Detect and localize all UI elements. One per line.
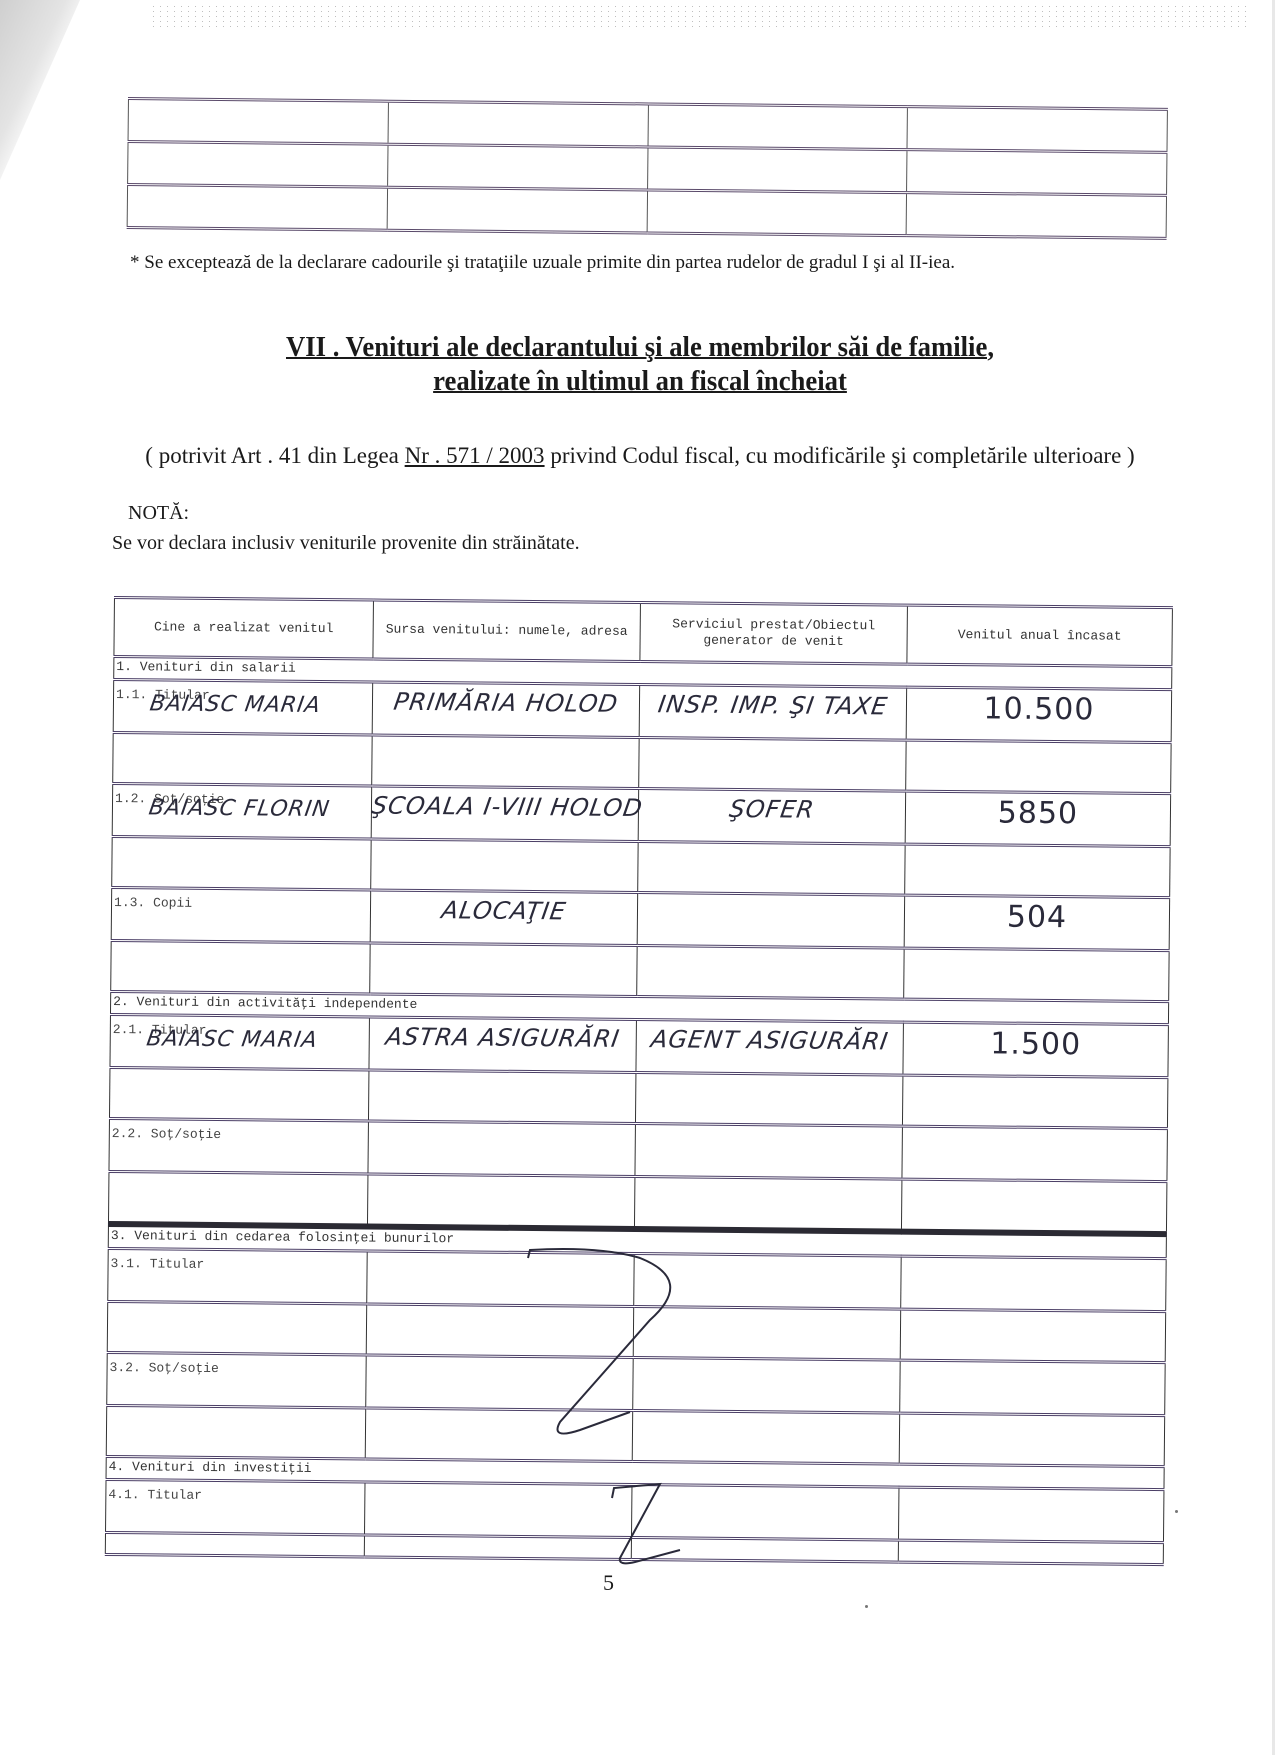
table-cell — [128, 142, 388, 188]
source-cell: ŞCOALA I-VIII HOLOD — [371, 786, 638, 842]
source-cell: ASTRA ASIGURĂRI — [369, 1017, 636, 1073]
handwritten-who: BAIASC FLORIN — [147, 795, 373, 822]
table-cell — [388, 101, 648, 147]
amount-cell — [902, 1126, 1167, 1182]
table-cell — [370, 943, 637, 997]
service-cell — [635, 1124, 902, 1180]
handwritten-service: INSP. IMP. ŞI TAXE — [638, 690, 908, 721]
table-cell — [647, 147, 907, 193]
table-cell — [631, 1538, 898, 1563]
table-cell — [648, 104, 908, 150]
table-cell — [105, 1532, 364, 1556]
table-cell — [635, 1073, 902, 1127]
page-number: 5 — [603, 1570, 614, 1596]
table-row: 2.1. TitularBAIASC MARIA ASTRA ASIGURĂRI… — [110, 1014, 1168, 1077]
handwritten-source: ALOCAŢIE — [369, 896, 639, 927]
amount-cell: 5850 — [905, 791, 1170, 847]
section-title: VII . Venituri ale declarantului şi ale … — [189, 330, 1091, 398]
section-title-line1: VII . Venituri ale declarantului şi ale … — [286, 331, 994, 363]
table-cell — [907, 107, 1167, 153]
scan-noise-strip — [150, 4, 1250, 30]
handwritten-amount: 1.500 — [904, 1026, 1168, 1064]
source-cell: PRIMĂRIA HOLOD — [372, 682, 639, 738]
who-cell: 3.2. Soţ/soţie — [107, 1352, 366, 1407]
table-cell — [113, 732, 372, 785]
table-cell — [900, 1309, 1165, 1363]
table-cell — [108, 1171, 367, 1226]
table-cell — [387, 187, 647, 233]
header-amount: Venitul anual încasat — [907, 605, 1173, 667]
table-row: 2.2. Soţ/soţie — [109, 1118, 1167, 1181]
gifts-footnote: * Se exceptează de la declarare cadouril… — [130, 252, 1170, 274]
row-label: 3.1. Titular — [111, 1256, 205, 1272]
handwritten-source: ASTRA ASIGURĂRI — [368, 1022, 638, 1053]
service-cell — [634, 1254, 901, 1310]
row-label: 1.3. Copii — [114, 895, 192, 911]
table-cell — [905, 844, 1170, 898]
table-cell — [372, 735, 639, 789]
table-cell — [904, 948, 1169, 1002]
who-cell: 1.2. Soţ/soţieBAIASC FLORIN — [112, 783, 371, 838]
table-cell — [387, 144, 647, 190]
handwritten-service: ŞOFER — [637, 794, 907, 825]
table-cell — [632, 1411, 899, 1465]
table-cell — [128, 99, 388, 145]
table-cell — [109, 1067, 368, 1120]
who-cell: 4.1. Titular — [106, 1479, 365, 1534]
who-cell: 1.1. TitularBAIASC MARIA — [113, 680, 372, 735]
table-row: 1.1. TitularBAIASC MARIA PRIMĂRIA HOLOD … — [113, 680, 1171, 743]
handwritten-source: PRIMĂRIA HOLOD — [371, 688, 641, 719]
table-cell — [639, 738, 906, 792]
header-service: Serviciul prestat/Obiectul generator de … — [640, 603, 908, 665]
who-cell: 2.1. TitularBAIASC MARIA — [110, 1014, 369, 1069]
legal-suffix: privind Codul fiscal, cu modificările şi… — [545, 443, 1135, 468]
service-cell: INSP. IMP. ŞI TAXE — [639, 685, 906, 741]
table-cell — [902, 1075, 1167, 1129]
table-row: 4.1. Titular — [106, 1479, 1164, 1542]
table-row: 3.1. Titular — [108, 1248, 1166, 1311]
handwritten-who: BAIASC MARIA — [148, 691, 374, 718]
table-cell — [365, 1408, 632, 1462]
table-cell — [638, 842, 905, 896]
income-table: Cine a realizat venitul Sursa venitului:… — [105, 596, 1173, 1566]
amount-cell: 1.500 — [903, 1022, 1168, 1078]
amount-cell: 10.500 — [906, 687, 1171, 743]
row-label: 2.2. Soţ/soţie — [112, 1126, 221, 1142]
amount-cell — [900, 1360, 1165, 1416]
service-cell — [637, 893, 904, 949]
table-cell — [127, 185, 387, 231]
table-row: 1.3. Copii ALOCAŢIE 504 — [111, 887, 1169, 950]
nota-label: NOTĂ: — [128, 502, 189, 525]
handwritten-amount: 504 — [905, 899, 1169, 937]
who-cell: 3.1. Titular — [108, 1248, 367, 1303]
previous-section-table — [127, 97, 1168, 240]
source-cell — [364, 1482, 631, 1538]
amount-cell: 504 — [904, 895, 1169, 951]
nota-text: Se vor declara inclusiv veniturile prove… — [112, 532, 580, 555]
table-cell — [111, 940, 370, 993]
amount-cell — [901, 1256, 1166, 1312]
table-cell — [106, 1405, 365, 1458]
amount-cell — [898, 1487, 1163, 1543]
service-cell — [631, 1485, 898, 1541]
table-cell — [367, 1174, 634, 1229]
source-cell — [367, 1251, 634, 1307]
handwritten-amount: 10.500 — [907, 691, 1171, 729]
table-cell — [901, 1179, 1166, 1234]
legal-reference: ( potrivit Art . 41 din Legea Nr . 571 /… — [130, 442, 1150, 470]
table-cell — [364, 1535, 631, 1560]
table-cell — [906, 193, 1166, 239]
scan-speck — [865, 1605, 868, 1608]
table-cell — [634, 1177, 901, 1232]
handwritten-source: ŞCOALA I-VIII HOLOD — [370, 792, 640, 823]
legal-prefix: ( potrivit Art . 41 din Legea — [145, 443, 404, 468]
table-cell — [637, 946, 904, 1000]
header-who: Cine a realizat venitul — [114, 598, 374, 659]
table-cell — [899, 1413, 1164, 1467]
service-cell — [633, 1358, 900, 1414]
service-cell: AGENT ASIGURĂRI — [636, 1020, 903, 1076]
scan-page-fold-shadow — [0, 0, 80, 180]
who-cell: 2.2. Soţ/soţie — [109, 1118, 368, 1173]
table-row: 1.2. Soţ/soţieBAIASC FLORIN ŞCOALA I-VII… — [112, 783, 1170, 846]
handwritten-service: AGENT ASIGURĂRI — [635, 1025, 905, 1056]
table-cell — [112, 836, 371, 889]
table-cell — [368, 1070, 635, 1124]
table-row: 3.2. Soţ/soţie — [107, 1352, 1165, 1415]
source-cell — [366, 1355, 633, 1411]
table-cell — [366, 1304, 633, 1358]
service-cell: ŞOFER — [638, 789, 905, 845]
section-title-line2: realizate în ultimul an fiscal încheiat — [433, 365, 847, 397]
table-cell — [633, 1307, 900, 1361]
table-header-row: Cine a realizat venitul Sursa venitului:… — [114, 598, 1173, 667]
table-cell — [371, 839, 638, 893]
table-cell — [906, 740, 1171, 794]
source-cell: ALOCAŢIE — [370, 890, 637, 946]
table-cell — [907, 150, 1167, 196]
scan-speck — [1175, 1510, 1178, 1513]
law-number: Nr . 571 / 2003 — [405, 443, 545, 468]
table-cell — [898, 1540, 1163, 1565]
source-cell — [368, 1121, 635, 1177]
handwritten-who: BAIASC MARIA — [145, 1026, 371, 1053]
header-source: Sursa venitului: numele, adresa — [373, 600, 641, 662]
table-cell — [107, 1301, 366, 1354]
row-label: 3.2. Soţ/soţie — [110, 1360, 219, 1376]
who-cell: 1.3. Copii — [111, 887, 370, 942]
handwritten-amount: 5850 — [906, 795, 1170, 833]
table-cell — [647, 190, 907, 236]
row-label: 4.1. Titular — [108, 1487, 202, 1503]
